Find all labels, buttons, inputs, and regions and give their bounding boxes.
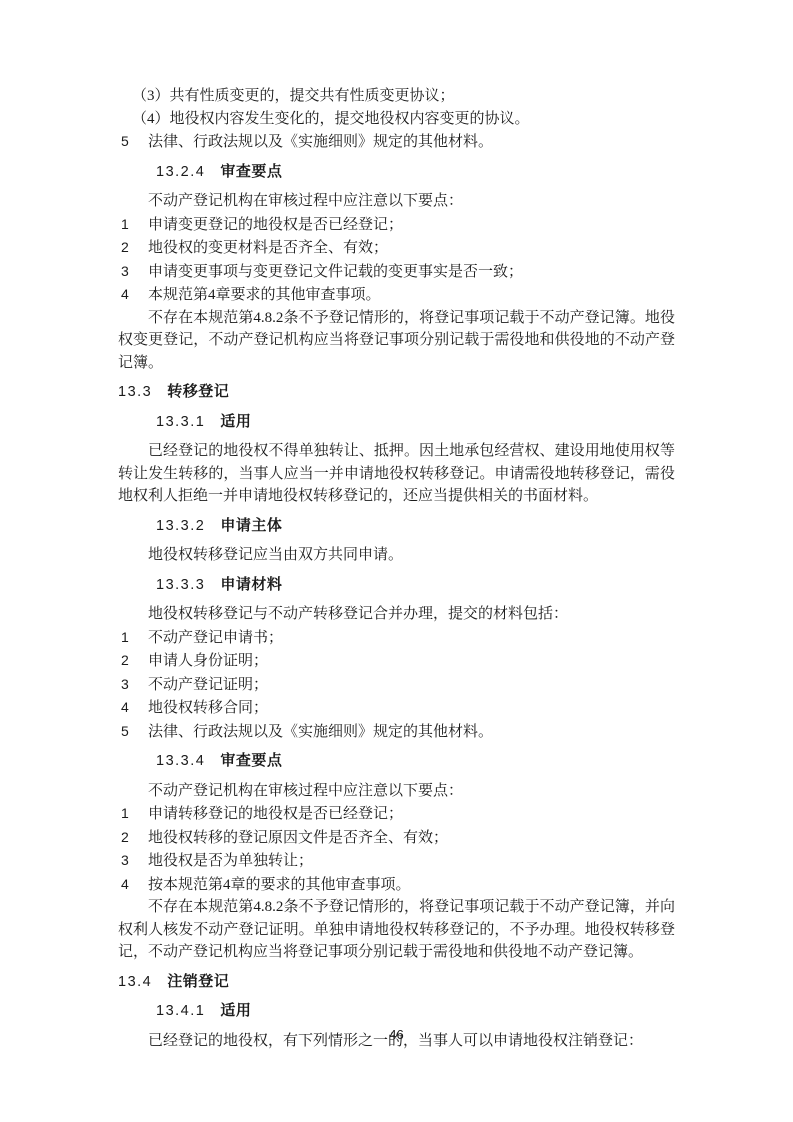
list-item-numbered: 2地役权的变更材料是否齐全、有效； <box>118 236 675 260</box>
item-number: 5 <box>121 130 148 153</box>
item-number: 4 <box>121 283 148 306</box>
section-heading: 13.3转移登记 <box>118 381 675 404</box>
subsection-title: 申请材料 <box>220 576 282 593</box>
section-title: 注销登记 <box>167 973 229 990</box>
subsection-heading: 13.2.4审查要点 <box>156 161 675 184</box>
list-item-numbered: 1不动产登记申请书； <box>118 626 675 650</box>
list-item-numbered: 1申请变更登记的地役权是否已经登记； <box>118 213 675 237</box>
subsection-heading: 13.4.1适用 <box>156 1000 675 1023</box>
list-item-numbered: 3申请变更事项与变更登记文件记载的变更事实是否一致； <box>118 260 675 284</box>
item-text: 法律、行政法规以及《实施细则》规定的其他材料。 <box>148 134 493 150</box>
paragraph: 不动产登记机构在审核过程中应注意以下要点： <box>118 780 675 803</box>
item-text: 申请变更事项与变更登记文件记载的变更事实是否一致； <box>148 264 523 280</box>
subsection-number: 13.3.1 <box>156 414 205 430</box>
item-number: 1 <box>121 802 148 825</box>
item-number: 3 <box>121 849 148 872</box>
item-text: 地役权的变更材料是否齐全、有效； <box>148 240 388 256</box>
paragraph: 已经登记的地役权不得单独转让、抵押。因土地承包经营权、建设用地使用权等转让发生转… <box>118 440 675 508</box>
item-number: 3 <box>121 673 148 696</box>
subsection-title: 申请主体 <box>220 517 282 534</box>
list-item-numbered: 5法律、行政法规以及《实施细则》规定的其他材料。 <box>118 130 675 154</box>
item-text: 地役权是否为单独转让； <box>148 853 313 869</box>
paragraph: 地役权转移登记与不动产转移登记合并办理，提交的材料包括： <box>118 603 675 626</box>
subsection-number: 13.3.4 <box>156 753 205 769</box>
list-item-numbered: 4按本规范第4章的要求的其他审查事项。 <box>118 873 675 897</box>
item-text: 按本规范第4章的要求的其他审查事项。 <box>148 877 411 893</box>
subsection-heading: 13.3.2申请主体 <box>156 515 675 538</box>
subsection-title: 适用 <box>220 413 251 430</box>
item-text: 地役权转移的登记原因文件是否齐全、有效； <box>148 830 448 846</box>
item-number: 1 <box>121 626 148 649</box>
page-footer: 46 <box>0 1024 793 1047</box>
item-text: 法律、行政法规以及《实施细则》规定的其他材料。 <box>148 724 493 740</box>
item-number: 2 <box>121 826 148 849</box>
list-item-numbered: 4本规范第4章要求的其他审查事项。 <box>118 283 675 307</box>
list-item-numbered: 2地役权转移的登记原因文件是否齐全、有效； <box>118 826 675 850</box>
item-text: 申请人身份证明； <box>148 653 268 669</box>
subsection-number: 13.3.2 <box>156 518 205 534</box>
page-number: 46 <box>389 1027 403 1042</box>
section-title: 转移登记 <box>167 383 229 400</box>
list-item-numbered: 2申请人身份证明； <box>118 649 675 673</box>
item-number: 2 <box>121 649 148 672</box>
item-text: 申请变更登记的地役权是否已经登记； <box>148 217 403 233</box>
section-number: 13.3 <box>118 384 152 400</box>
document-page: （3）共有性质变更的，提交共有性质变更协议；（4）地役权内容发生变化的，提交地役… <box>0 0 793 1122</box>
item-text: 申请转移登记的地役权是否已经登记； <box>148 806 403 822</box>
paragraph: 不存在本规范第4.8.2条不予登记情形的，将登记事项记载于不动产登记簿，并向权利… <box>118 896 675 964</box>
list-item-paren: （4）地役权内容发生变化的，提交地役权内容变更的协议。 <box>118 108 675 131</box>
list-item-paren: （3）共有性质变更的，提交共有性质变更协议； <box>118 85 675 108</box>
subsection-heading: 13.3.4审查要点 <box>156 750 675 773</box>
list-item-numbered: 5法律、行政法规以及《实施细则》规定的其他材料。 <box>118 720 675 744</box>
subsection-number: 13.4.1 <box>156 1003 205 1019</box>
subsection-heading: 13.3.1适用 <box>156 411 675 434</box>
item-number: 3 <box>121 260 148 283</box>
item-number: 5 <box>121 720 148 743</box>
paragraph: 不动产登记机构在审核过程中应注意以下要点： <box>118 190 675 213</box>
list-item-numbered: 3不动产登记证明； <box>118 673 675 697</box>
item-text: 本规范第4章要求的其他审查事项。 <box>148 287 381 303</box>
subsection-number: 13.3.3 <box>156 577 205 593</box>
subsection-title: 审查要点 <box>220 752 282 769</box>
subsection-number: 13.2.4 <box>156 164 205 180</box>
paragraph: 地役权转移登记应当由双方共同申请。 <box>118 544 675 567</box>
item-text: 不动产登记证明； <box>148 677 268 693</box>
subsection-heading: 13.3.3申请材料 <box>156 574 675 597</box>
section-heading: 13.4注销登记 <box>118 971 675 994</box>
list-item-numbered: 1申请转移登记的地役权是否已经登记； <box>118 802 675 826</box>
item-text: 不动产登记申请书； <box>148 630 283 646</box>
list-item-numbered: 3地役权是否为单独转让； <box>118 849 675 873</box>
paragraph: 不存在本规范第4.8.2条不予登记情形的，将登记事项记载于不动产登记簿。地役权变… <box>118 307 675 375</box>
document-body: （3）共有性质变更的，提交共有性质变更协议；（4）地役权内容发生变化的，提交地役… <box>118 85 675 1052</box>
item-number: 4 <box>121 696 148 719</box>
section-number: 13.4 <box>118 974 152 990</box>
subsection-title: 审查要点 <box>220 163 282 180</box>
list-item-numbered: 4地役权转移合同； <box>118 696 675 720</box>
subsection-title: 适用 <box>220 1002 251 1019</box>
item-number: 4 <box>121 873 148 896</box>
item-text: 地役权转移合同； <box>148 700 268 716</box>
item-number: 1 <box>121 213 148 236</box>
item-number: 2 <box>121 236 148 259</box>
